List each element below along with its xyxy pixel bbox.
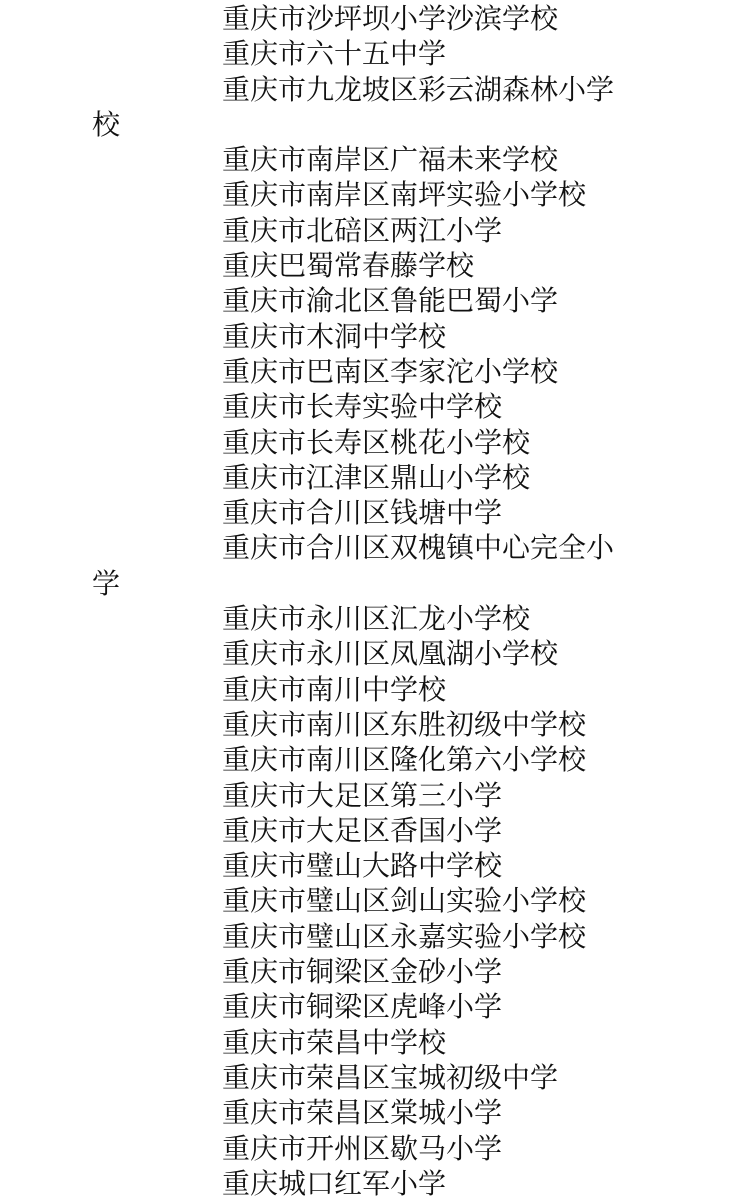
list-item: 重庆市长寿实验中学校 [0, 389, 750, 424]
list-item: 重庆市璧山区剑山实验小学校 [0, 883, 750, 918]
list-item: 重庆市南岸区广福未来学校 [0, 142, 750, 177]
list-item: 重庆市永川区凤凰湖小学校 [0, 636, 750, 671]
list-item: 重庆市合川区钱塘中学 [0, 495, 750, 530]
list-item: 重庆市南川区东胜初级中学校 [0, 707, 750, 742]
list-item: 重庆市铜梁区虎峰小学 [0, 989, 750, 1024]
list-item: 重庆市沙坪坝小学沙滨学校 [0, 1, 750, 36]
list-item: 重庆市璧山区永嘉实验小学校 [0, 919, 750, 954]
list-item: 重庆巴蜀常春藤学校 [0, 248, 750, 283]
list-item: 重庆市永川区汇龙小学校 [0, 601, 750, 636]
list-item: 重庆市巴南区李家沱小学校 [0, 354, 750, 389]
list-item: 重庆市荣昌区宝城初级中学 [0, 1060, 750, 1095]
list-item: 重庆城口红军小学 [0, 1166, 750, 1201]
list-item: 重庆市南岸区南坪实验小学校 [0, 177, 750, 212]
list-item: 重庆市铜梁区金砂小学 [0, 954, 750, 989]
list-item: 重庆市木洞中学校 [0, 319, 750, 354]
list-item: 重庆市璧山大路中学校 [0, 848, 750, 883]
list-item: 重庆市荣昌区棠城小学 [0, 1095, 750, 1130]
list-item: 重庆市合川区双槐镇中心完全小 [0, 530, 750, 565]
list-item: 重庆市开州区歇马小学 [0, 1131, 750, 1166]
list-item: 重庆市长寿区桃花小学校 [0, 425, 750, 460]
list-item-wrap: 校 [0, 107, 750, 142]
list-item: 重庆市荣昌中学校 [0, 1025, 750, 1060]
list-item-wrap: 学 [0, 566, 750, 601]
list-item: 重庆市大足区香国小学 [0, 813, 750, 848]
school-list: 重庆市沙坪坝小学沙滨学校 重庆市六十五中学 重庆市九龙坡区彩云湖森林小学 校 重… [0, 1, 750, 1201]
list-item: 重庆市南川中学校 [0, 672, 750, 707]
list-item: 重庆市渝北区鲁能巴蜀小学 [0, 283, 750, 318]
list-item: 重庆市九龙坡区彩云湖森林小学 [0, 72, 750, 107]
list-item: 重庆市六十五中学 [0, 36, 750, 71]
list-item: 重庆市大足区第三小学 [0, 778, 750, 813]
list-item: 重庆市北碚区两江小学 [0, 213, 750, 248]
list-item: 重庆市江津区鼎山小学校 [0, 460, 750, 495]
list-item: 重庆市南川区隆化第六小学校 [0, 742, 750, 777]
